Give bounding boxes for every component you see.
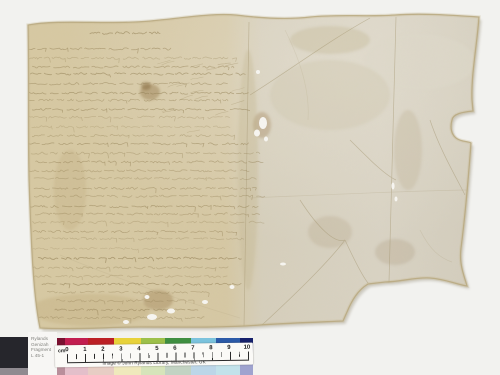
manuscript-photo (0, 0, 500, 336)
ruler-number: 5 (155, 346, 158, 352)
shelfmark-line: L 45-1 (31, 353, 57, 359)
ruler-number: 1 (83, 347, 86, 353)
ruler-number: 6 (173, 346, 176, 352)
ruler-number: 3 (119, 346, 122, 352)
parchment-surface-detail (0, 0, 500, 336)
ruler-number: 8 (209, 345, 212, 351)
ruler-number: 9 (227, 345, 230, 351)
grayscale-patch-light (0, 368, 28, 375)
ruler-number: 4 (137, 346, 140, 352)
photo-canvas: Rylands Genizah Fragment L 45-1 cm 0 1 2… (0, 0, 500, 375)
grayscale-patch-dark (0, 337, 28, 368)
ruler-number: 0 (65, 347, 68, 353)
ruler-number: 2 (101, 347, 104, 353)
ruler-number: 10 (244, 345, 251, 351)
shelfmark-label: Rylands Genizah Fragment L 45-1 (28, 332, 57, 375)
scale-ruler: cm 0 1 2 3 4 5 6 7 8 9 10 Image © John R… (55, 343, 253, 368)
ruler-number: 7 (191, 345, 194, 351)
